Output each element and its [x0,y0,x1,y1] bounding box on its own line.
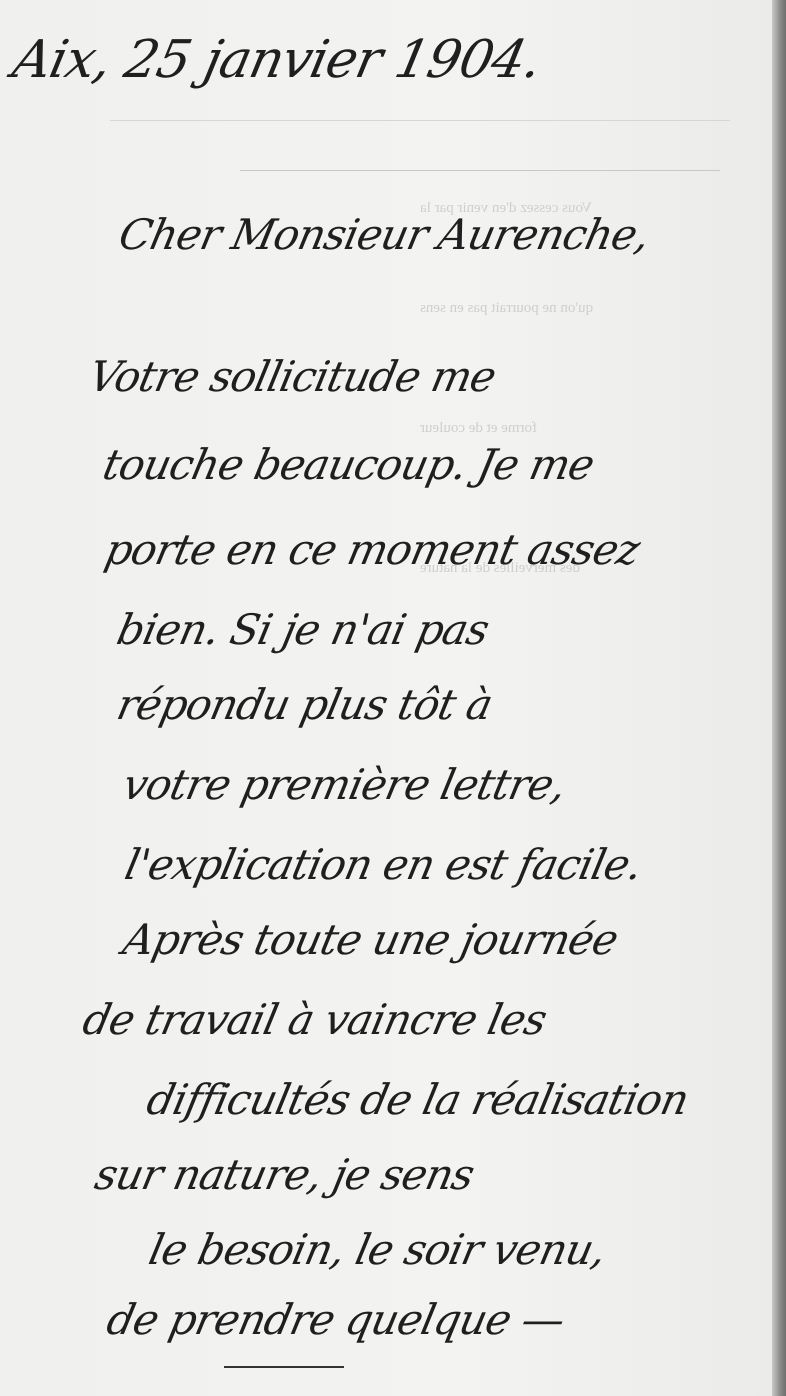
bleed-through-text: qu'on ne pourrait pas en sens [420,300,593,317]
letter-line-4: bien. Si je n'ai pas [113,605,493,654]
letter-line-11: sur nature, je sens [91,1150,478,1199]
binding-gutter [772,0,786,1396]
ruled-line [240,170,720,171]
bleed-through-text: forme et de couleur [420,420,537,437]
letter-line-9: de travail à vaincre les [79,995,551,1044]
ruled-line [110,120,730,121]
letter-line-1: Votre sollicitude me [85,352,500,401]
letter-line-5: répondu plus tôt à [113,680,497,729]
letter-line-13: de prendre quelque — [103,1295,569,1344]
letter-line-8: Après toute une journée [119,915,622,964]
date-line: Aix, 25 janvier 1904. [8,30,547,90]
letter-line-3: porte en ce moment assez [101,525,644,574]
closing-rule [224,1366,344,1368]
letter-line-7: l'explication en est facile. [121,840,646,889]
letter-line-10: difficultés de la réalisation [143,1075,693,1124]
letter-line-2: touche beaucoup. Je me [99,440,598,489]
letter-line-12: le besoin, le soir venu, [145,1225,610,1274]
letter-line-6: votre première lettre, [119,760,570,809]
manuscript-page: Vous cessez d'en venir par la qu'on ne p… [0,0,772,1396]
salutation: Cher Monsieur Aurenche, [115,210,654,259]
